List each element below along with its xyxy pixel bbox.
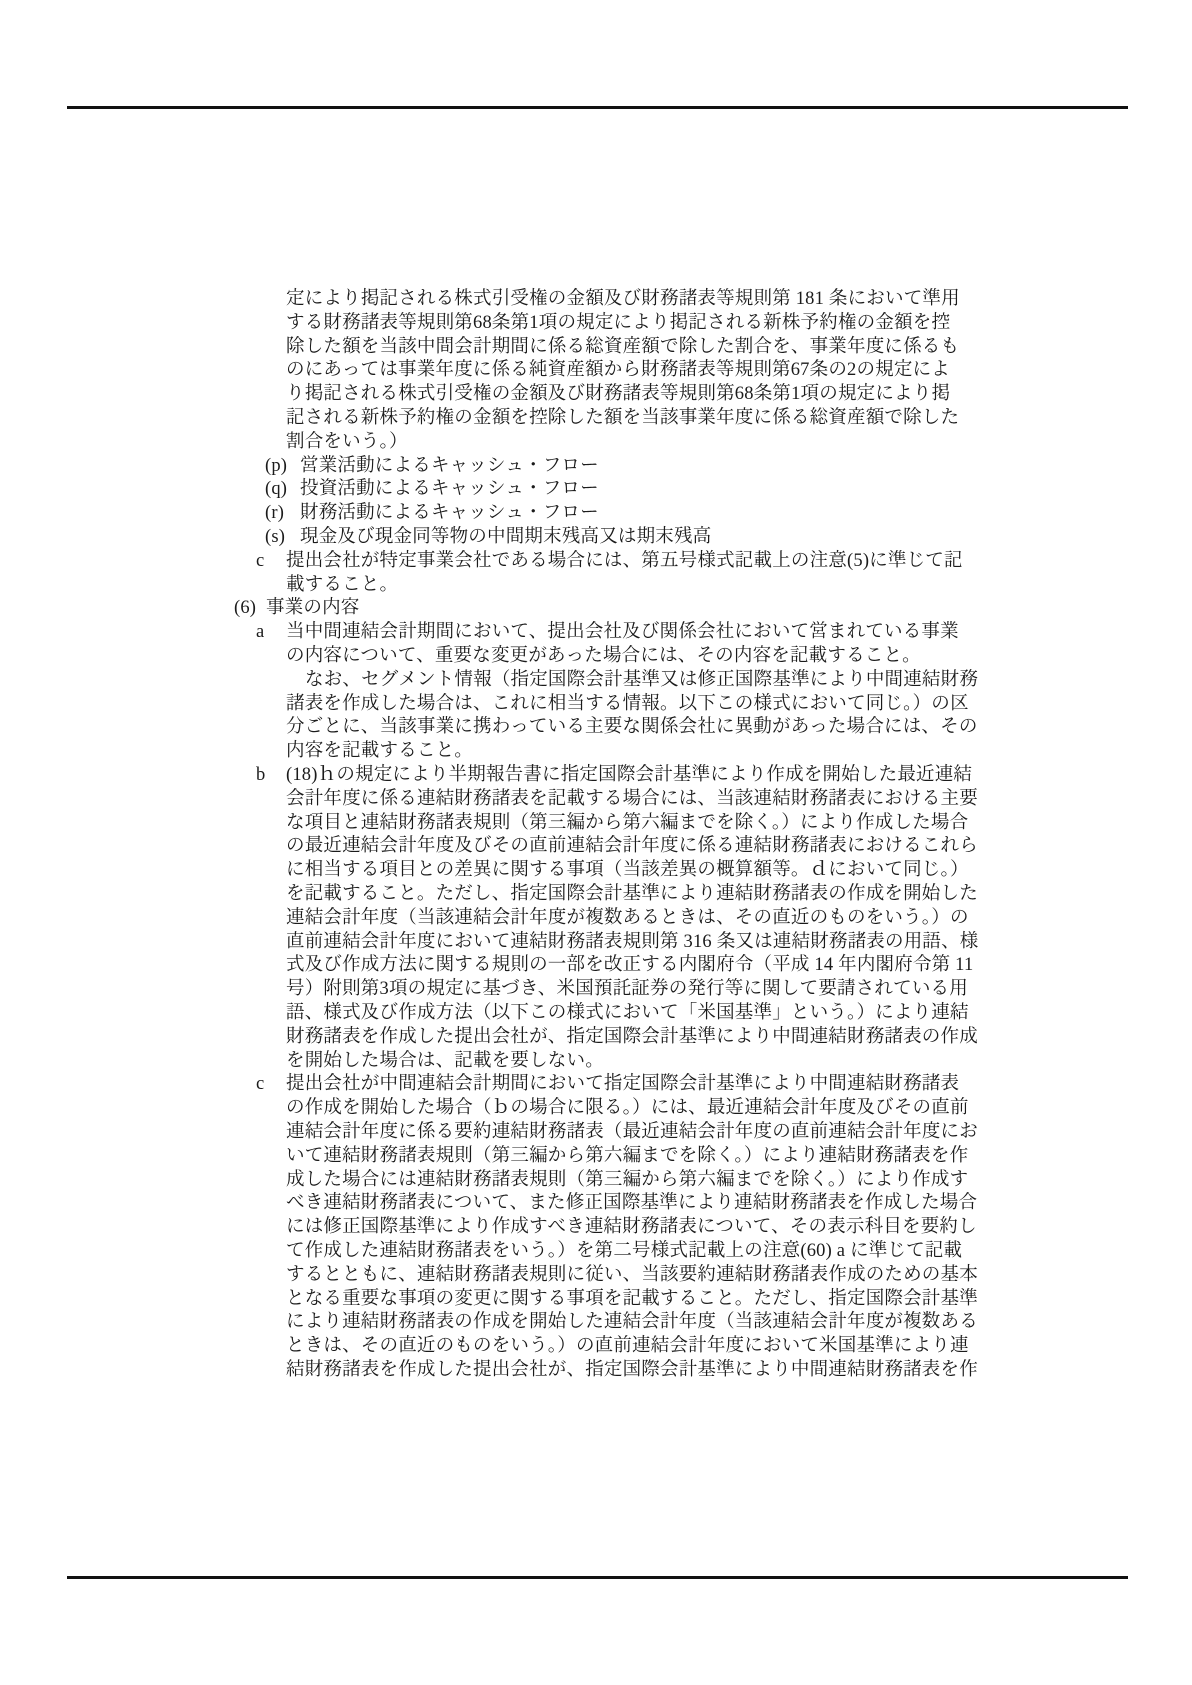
- line-text: 営業活動によるキャッシュ・フロー: [300, 456, 599, 476]
- line-text: 連結会計年度（当該連結会計年度が複数あるときは、その直近のものをいう。）の: [286, 908, 969, 928]
- line-text: なお、セグメント情報（指定国際会計基準又は修正国際基準により中間連結財務: [305, 670, 978, 690]
- line-text: て作成した連結財務諸表をいう。）を第二号様式記載上の注意(60) a に準じて記…: [286, 1241, 962, 1261]
- text-line-41: て作成した連結財務諸表をいう。）を第二号様式記載上の注意(60) a に準じて記…: [286, 1240, 962, 1264]
- text-line-15: a当中間連結会計期間において、提出会社及び関係会社において営まれている事業: [256, 621, 959, 645]
- text-line-38: 成した場合には連結財務諸表規則（第三編から第六編までを除く。）により作成す: [286, 1169, 968, 1193]
- list-marker: (6): [234, 597, 266, 621]
- text-line-46: 結財務諸表を作成した提出会社が、指定国際会計基準により中間連結財務諸表を作: [286, 1359, 978, 1383]
- line-text: 成した場合には連結財務諸表規則（第三編から第六編までを除く。）により作成す: [286, 1170, 968, 1190]
- text-line-9: (q)投資活動によるキャッシュ・フロー: [265, 478, 599, 502]
- text-line-2: する財務諸表等規則第68条第1項の規定により掲記される新株予約権の金額を控: [286, 312, 950, 336]
- line-text: 割合をいう。）: [286, 432, 408, 452]
- text-line-8: (p)営業活動によるキャッシュ・フロー: [265, 455, 599, 479]
- text-line-33: を開始した場合は、記載を要しない。: [286, 1050, 604, 1074]
- text-line-17: なお、セグメント情報（指定国際会計基準又は修正国際基準により中間連結財務: [305, 669, 978, 693]
- body-text-block: 定により掲記される株式引受権の金額及び財務諸表等規則第 181 条において準用す…: [0, 0, 1192, 1685]
- text-line-39: べき連結財務諸表について、また修正国際基準により連結財務諸表を作成した場合: [286, 1192, 977, 1216]
- text-line-1: 定により掲記される株式引受権の金額及び財務諸表等規則第 181 条において準用: [286, 288, 960, 312]
- line-text: の内容について、重要な変更があった場合には、その内容を記載すること。: [286, 646, 921, 666]
- line-text: (18)ｈの規定により半期報告書に指定国際会計基準により作成を開始した最近連結: [286, 765, 972, 785]
- line-text: を開始した場合は、記載を要しない。: [286, 1051, 604, 1071]
- line-text: の最近連結会計年度及びその直前連結会計年度に係る連結財務諸表におけるこれら: [286, 836, 978, 856]
- list-marker: c: [256, 550, 286, 574]
- line-text: の作成を開始した場合（ｂの場合に限る。）には、最近連結会計年度及びその直前: [286, 1098, 969, 1118]
- line-text: 連結会計年度に係る要約連結財務諸表（最近連結会計年度の直前連結会計年度にお: [286, 1122, 978, 1142]
- text-line-4: のにあっては事業年度に係る純資産額から財務諸表等規則第67条の2の規定によ: [286, 359, 950, 383]
- line-text: いて連結財務諸表規則（第三編から第六編までを除く。）により連結財務諸表を作: [286, 1146, 968, 1166]
- line-text: 記される新株予約権の金額を控除した額を当該事業年度に係る総資産額で除した: [286, 408, 959, 428]
- text-line-7: 割合をいう。）: [286, 431, 408, 455]
- line-text: 当中間連結会計期間において、提出会社及び関係会社において営まれている事業: [286, 622, 959, 642]
- line-text: 会計年度に係る連結財務諸表を記載する場合には、当該連結財務諸表における主要: [286, 789, 978, 809]
- text-line-22: 会計年度に係る連結財務諸表を記載する場合には、当該連結財務諸表における主要: [286, 788, 978, 812]
- text-line-31: 語、様式及び作成方法（以下この様式において「米国基準」という。）により連結: [286, 1002, 969, 1026]
- line-text: 投資活動によるキャッシュ・フロー: [300, 479, 599, 499]
- line-text: 内容を記載すること。: [286, 741, 473, 761]
- text-line-19: 分ごとに、当該事業に携わっている主要な関係会社に異動があった場合には、その: [286, 716, 978, 740]
- line-text: 諸表を作成した場合は、これに相当する情報。以下この様式において同じ。）の区: [286, 694, 969, 714]
- line-text: 結財務諸表を作成した提出会社が、指定国際会計基準により中間連結財務諸表を作: [286, 1360, 978, 1380]
- list-marker: (q): [265, 478, 300, 502]
- line-text: り掲記される株式引受権の金額及び財務諸表等規則第68条第1項の規定により掲: [286, 384, 950, 404]
- list-marker: b: [256, 764, 286, 788]
- text-line-28: 直前連結会計年度において連結財務諸表規則第 316 条又は連結財務諸表の用語、様: [286, 931, 979, 955]
- line-text: する財務諸表等規則第68条第1項の規定により掲記される新株予約権の金額を控: [286, 313, 950, 333]
- text-line-45: ときは、その直近のものをいう。）の直前連結会計年度において米国基準により連: [286, 1335, 969, 1359]
- text-line-20: 内容を記載すること。: [286, 740, 473, 764]
- text-line-6: 記される新株予約権の金額を控除した額を当該事業年度に係る総資産額で除した: [286, 407, 959, 431]
- text-line-25: に相当する項目との差異に関する事項（当該差異の概算額等。ｄにおいて同じ。）: [286, 859, 969, 883]
- line-text: 式及び作成方法に関する規則の一部を改正する内閣府令（平成 14 年内閣府令第 1…: [286, 955, 973, 975]
- line-text: 載すること。: [286, 575, 398, 595]
- line-text: 財務活動によるキャッシュ・フロー: [300, 503, 599, 523]
- line-text: な項目と連結財務諸表規則（第三編から第六編までを除く。）により作成した場合: [286, 813, 968, 833]
- text-line-36: 連結会計年度に係る要約連結財務諸表（最近連結会計年度の直前連結会計年度にお: [286, 1121, 978, 1145]
- text-line-23: な項目と連結財務諸表規則（第三編から第六編までを除く。）により作成した場合: [286, 812, 968, 836]
- line-text: 語、様式及び作成方法（以下この様式において「米国基準」という。）により連結: [286, 1003, 969, 1023]
- text-line-43: となる重要な事項の変更に関する事項を記載すること。ただし、指定国際会計基準: [286, 1288, 978, 1312]
- text-line-13: 載すること。: [286, 574, 398, 598]
- text-line-26: を記載すること。ただし、指定国際会計基準により連結財務諸表の作成を開始した: [286, 883, 978, 907]
- text-line-30: 号）附則第3項の規定に基づき、米国預託証券の発行等に関して要請されている用: [286, 978, 968, 1002]
- text-line-18: 諸表を作成した場合は、これに相当する情報。以下この様式において同じ。）の区: [286, 693, 969, 717]
- line-text: ときは、その直近のものをいう。）の直前連結会計年度において米国基準により連: [286, 1336, 969, 1356]
- line-text: 財務諸表を作成した提出会社が、指定国際会計基準により中間連結財務諸表の作成: [286, 1027, 978, 1047]
- line-text: 提出会社が中間連結会計期間において指定国際会計基準により中間連結財務諸表: [286, 1074, 959, 1094]
- text-line-27: 連結会計年度（当該連結会計年度が複数あるときは、その直近のものをいう。）の: [286, 907, 969, 931]
- text-line-42: するとともに、連結財務諸表規則に従い、当該要約連結財務諸表作成のための基本: [286, 1264, 978, 1288]
- line-text: 現金及び現金同等物の中間期末残高又は期末残高: [300, 527, 711, 547]
- list-marker: c: [256, 1073, 286, 1097]
- text-line-10: (r)財務活動によるキャッシュ・フロー: [265, 502, 599, 526]
- text-line-44: により連結財務諸表の作成を開始した連結会計年度（当該連結会計年度が複数ある: [286, 1311, 978, 1335]
- list-marker: a: [256, 621, 286, 645]
- line-text: べき連結財務諸表について、また修正国際基準により連結財務諸表を作成した場合: [286, 1193, 977, 1213]
- list-marker: (s): [265, 526, 300, 550]
- list-marker: (p): [265, 455, 300, 479]
- text-line-29: 式及び作成方法に関する規則の一部を改正する内閣府令（平成 14 年内閣府令第 1…: [286, 954, 973, 978]
- text-line-12: c提出会社が特定事業会社である場合には、第五号様式記載上の注意(5)に準じて記: [256, 550, 963, 574]
- text-line-32: 財務諸表を作成した提出会社が、指定国際会計基準により中間連結財務諸表の作成: [286, 1026, 978, 1050]
- line-text: 定により掲記される株式引受権の金額及び財務諸表等規則第 181 条において準用: [286, 289, 960, 309]
- line-text: 分ごとに、当該事業に携わっている主要な関係会社に異動があった場合には、その: [286, 717, 978, 737]
- text-line-21: b(18)ｈの規定により半期報告書に指定国際会計基準により作成を開始した最近連結: [256, 764, 972, 788]
- line-text: 事業の内容: [266, 598, 360, 618]
- bottom-rule: [67, 1576, 1128, 1579]
- line-text: するとともに、連結財務諸表規則に従い、当該要約連結財務諸表作成のための基本: [286, 1265, 978, 1285]
- line-text: 号）附則第3項の規定に基づき、米国預託証券の発行等に関して要請されている用: [286, 979, 968, 999]
- text-line-35: の作成を開始した場合（ｂの場合に限る。）には、最近連結会計年度及びその直前: [286, 1097, 969, 1121]
- text-line-11: (s)現金及び現金同等物の中間期末残高又は期末残高: [265, 526, 711, 550]
- text-line-24: の最近連結会計年度及びその直前連結会計年度に係る連結財務諸表におけるこれら: [286, 835, 978, 859]
- text-line-37: いて連結財務諸表規則（第三編から第六編までを除く。）により連結財務諸表を作: [286, 1145, 968, 1169]
- line-text: を記載すること。ただし、指定国際会計基準により連結財務諸表の作成を開始した: [286, 884, 978, 904]
- line-text: に相当する項目との差異に関する事項（当該差異の概算額等。ｄにおいて同じ。）: [286, 860, 969, 880]
- line-text: により連結財務諸表の作成を開始した連結会計年度（当該連結会計年度が複数ある: [286, 1312, 978, 1332]
- list-marker: (r): [265, 502, 300, 526]
- text-line-5: り掲記される株式引受権の金額及び財務諸表等規則第68条第1項の規定により掲: [286, 383, 950, 407]
- text-line-16: の内容について、重要な変更があった場合には、その内容を記載すること。: [286, 645, 921, 669]
- line-text: 提出会社が特定事業会社である場合には、第五号様式記載上の注意(5)に準じて記: [286, 551, 963, 571]
- line-text: となる重要な事項の変更に関する事項を記載すること。ただし、指定国際会計基準: [286, 1289, 978, 1309]
- line-text: には修正国際基準により作成すべき連結財務諸表について、その表示科目を要約し: [286, 1217, 977, 1237]
- document-page: 定により掲記される株式引受権の金額及び財務諸表等規則第 181 条において準用す…: [0, 0, 1192, 1685]
- line-text: 直前連結会計年度において連結財務諸表規則第 316 条又は連結財務諸表の用語、様: [286, 932, 979, 952]
- line-text: 除した額を当該中間会計期間に係る総資産額で除した割合を、事業年度に係るも: [286, 337, 959, 357]
- text-line-3: 除した額を当該中間会計期間に係る総資産額で除した割合を、事業年度に係るも: [286, 336, 959, 360]
- line-text: のにあっては事業年度に係る純資産額から財務諸表等規則第67条の2の規定によ: [286, 360, 950, 380]
- text-line-34: c提出会社が中間連結会計期間において指定国際会計基準により中間連結財務諸表: [256, 1073, 959, 1097]
- text-line-14: (6)事業の内容: [234, 597, 360, 621]
- text-line-40: には修正国際基準により作成すべき連結財務諸表について、その表示科目を要約し: [286, 1216, 977, 1240]
